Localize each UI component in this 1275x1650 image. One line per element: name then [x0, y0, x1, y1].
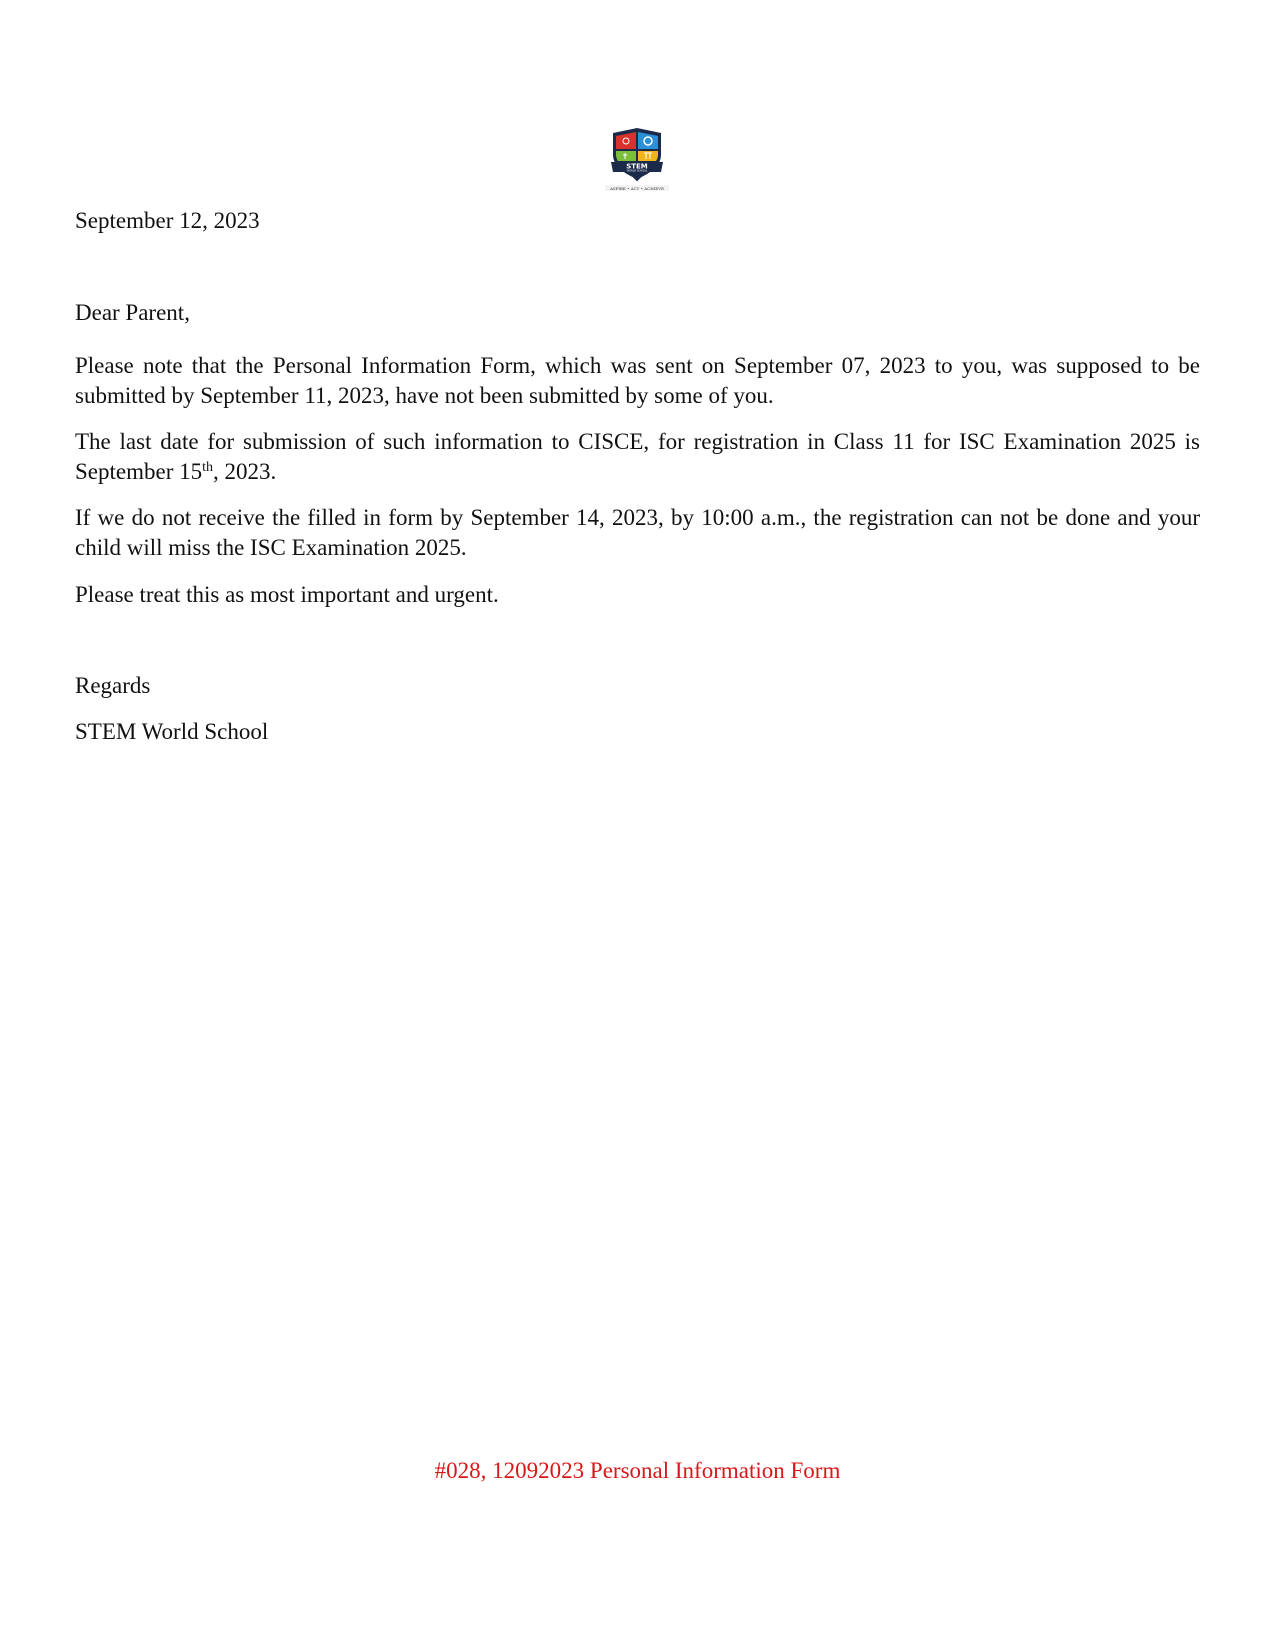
ordinal-suffix: th: [202, 460, 213, 475]
last-date-year: , 2023.: [213, 459, 276, 484]
letter-date: September 12, 2023: [75, 206, 1200, 236]
closing: Regards: [75, 671, 1200, 701]
paragraph-deadline-warning: If we do not receive the filled in form …: [75, 503, 1200, 563]
paragraph-form-not-submitted: Please note that the Personal Informatio…: [75, 351, 1200, 411]
paragraph-urgent-note: Please treat this as most important and …: [75, 580, 1200, 610]
svg-text:ASPIRE • ACT • ACHIEVE: ASPIRE • ACT • ACHIEVE: [609, 186, 664, 191]
school-logo: STEM WORLD SCHOOL ASPIRE • ACT • ACHIEVE: [603, 125, 671, 193]
svg-text:WORLD SCHOOL: WORLD SCHOOL: [627, 169, 648, 173]
paragraph-last-date: The last date for submission of such inf…: [75, 427, 1200, 487]
stem-world-school-crest-icon: STEM WORLD SCHOOL ASPIRE • ACT • ACHIEVE: [603, 125, 671, 193]
signature: STEM World School: [75, 717, 1200, 747]
footer-reference: #028, 12092023 Personal Information Form: [0, 1456, 1275, 1486]
letter-page: STEM WORLD SCHOOL ASPIRE • ACT • ACHIEVE…: [0, 0, 1275, 1650]
salutation: Dear Parent,: [75, 298, 1200, 328]
